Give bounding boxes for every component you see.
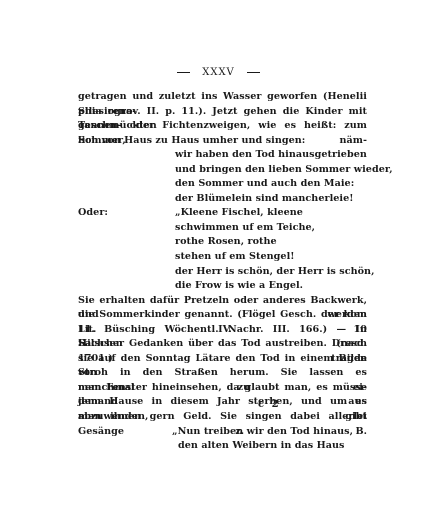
prose-line: phia renov. II. p. 11.). Jetzt gehen die… — [78, 105, 367, 120]
prose-line: sie auf den Sonntag Lätare den Tod in ei… — [78, 352, 367, 367]
verse-line: und bringen den lieben Sommer wieder, — [78, 163, 367, 178]
prose-line: die Sommerkinder genannt. (Flögel Gesch.… — [78, 308, 367, 323]
header-dash-right — [247, 72, 260, 73]
verse-line: rothe Rosen, rothe — [78, 235, 367, 250]
prose-line: getragen und zuletzt ins Wasser geworfen… — [78, 90, 367, 105]
verse-line-labeled: Oder:„Kleene Fischel, kleene — [78, 206, 367, 221]
body-text: getragen und zuletzt ins Wasser geworfen… — [78, 90, 367, 454]
verse-line: der Herr is schön, der Herr is schön, — [78, 265, 367, 280]
prose-line: Stroh in den Straßen herum. Sie lassen e… — [78, 366, 367, 381]
prose-line: dem Hause in diesem Jahr sterben, und um… — [78, 395, 367, 410]
prose-line: Tannen- oder Fichtenzweigen, wie es heiß… — [78, 119, 367, 134]
prose-line: Sie erhalten dafür Pretzeln oder anderes… — [78, 294, 367, 309]
verse-line: den Sommer und auch den Maie: — [78, 177, 367, 192]
verse-line: der Blümelein sind mancherleie! — [78, 192, 367, 207]
page-header: XXXV — [0, 67, 437, 78]
oder-label: Oder: — [78, 206, 115, 221]
prose-line: 11. Büsching Wöchentl. Nachr. III. 166.)… — [78, 323, 367, 338]
book-page: XXXV getragen und zuletzt ins Wasser gew… — [0, 0, 437, 512]
prose-line: man ihnen gern Geld. Sie singen dabei al… — [78, 410, 367, 425]
verse-line: die Frow is wie a Engel. — [78, 279, 367, 294]
verse-line: den alten Weibern in das Haus — [78, 439, 367, 454]
verse-line: wir haben den Tod hinausgetrieben — [78, 148, 367, 163]
verse-line: stehen uf em Stengel! — [78, 250, 367, 265]
prose-line: Hilscher Gedanken über das Tod austreibe… — [78, 337, 367, 352]
signature-mark: c 2 — [258, 399, 281, 410]
verse-line: schwimmen uf em Teiche, — [78, 221, 367, 236]
verse-text: „Kleene Fischel, kleene — [115, 207, 303, 218]
page-number: XXXV — [202, 67, 235, 78]
prose-line: nem Fenster hineinsehen, da glaubt man, … — [78, 381, 367, 396]
header-dash-left — [177, 72, 190, 73]
